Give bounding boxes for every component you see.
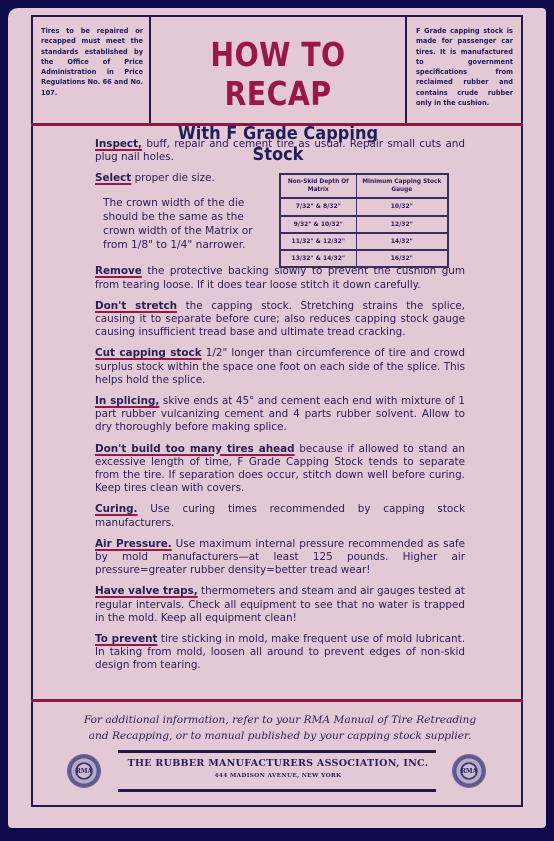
instruction-air-pressure: Air Pressure. Use maximum internal press…	[95, 538, 465, 578]
instruction-prevent-sticking: To prevent tire sticking in mold, make f…	[95, 633, 465, 673]
footer-divider	[31, 699, 523, 702]
footer-note: For additional information, refer to you…	[60, 712, 500, 744]
association-name: THE RUBBER MANUFACTURERS ASSOCIATION, IN…	[110, 758, 446, 769]
gauge-table-header: Minimum Capping Stock Gauge	[356, 174, 448, 198]
capping-stock-note: F Grade capping stock is made for passen…	[405, 17, 519, 123]
rma-seal-icon: RMA	[67, 754, 101, 788]
footer-rule-bottom	[118, 789, 436, 792]
rma-seal-icon: RMA	[452, 754, 486, 788]
instruction-dont-stretch: Don't stretch the capping stock. Stretch…	[95, 300, 465, 340]
footer-rule-top	[118, 750, 436, 753]
instruction-valve-traps: Have valve traps, thermometers and steam…	[95, 585, 465, 625]
opa-regulation-note: Tires to be repaired or recapped must me…	[33, 17, 151, 123]
instruction-select: Select proper die size. The crown width …	[95, 172, 465, 259]
instruction-curing: Curing. Use curing times recommended by …	[95, 503, 465, 529]
table-row: 11/32" & 12/32"14/32"	[280, 233, 448, 250]
poster-title: HOW TO RECAP	[171, 35, 386, 113]
die-width-note: The crown width of the die should be the…	[103, 196, 263, 252]
instruction-inspect: Inspect, buff, repair and cement tire as…	[95, 138, 465, 164]
table-row: 13/32" & 14/32"16/32"	[280, 250, 448, 267]
gauge-table: Non-Skid Depth Of Matrix Minimum Capping…	[279, 173, 449, 268]
instruction-remove: Remove the protective backing slowly to …	[95, 265, 465, 291]
header-divider	[31, 123, 523, 126]
instruction-cut: Cut capping stock 1/2" longer than circu…	[95, 347, 465, 387]
table-row: 9/32" & 10/32"12/32"	[280, 216, 448, 233]
poster-header: Tires to be repaired or recapped must me…	[31, 15, 523, 126]
instructions: Inspect, buff, repair and cement tire as…	[95, 138, 465, 681]
title-block: HOW TO RECAP With F Grade Capping Stock	[153, 17, 403, 123]
gauge-table-header: Non-Skid Depth Of Matrix	[280, 174, 356, 198]
association-block: THE RUBBER MANUFACTURERS ASSOCIATION, IN…	[110, 758, 446, 779]
instruction-dont-build: Don't build too many tires ahead because…	[95, 443, 465, 496]
association-address: 444 MADISON AVENUE, NEW YORK	[110, 773, 446, 779]
table-row: 7/32" & 8/32"10/32"	[280, 198, 448, 215]
instruction-splicing: In splicing, skive ends at 45° and cemen…	[95, 395, 465, 435]
